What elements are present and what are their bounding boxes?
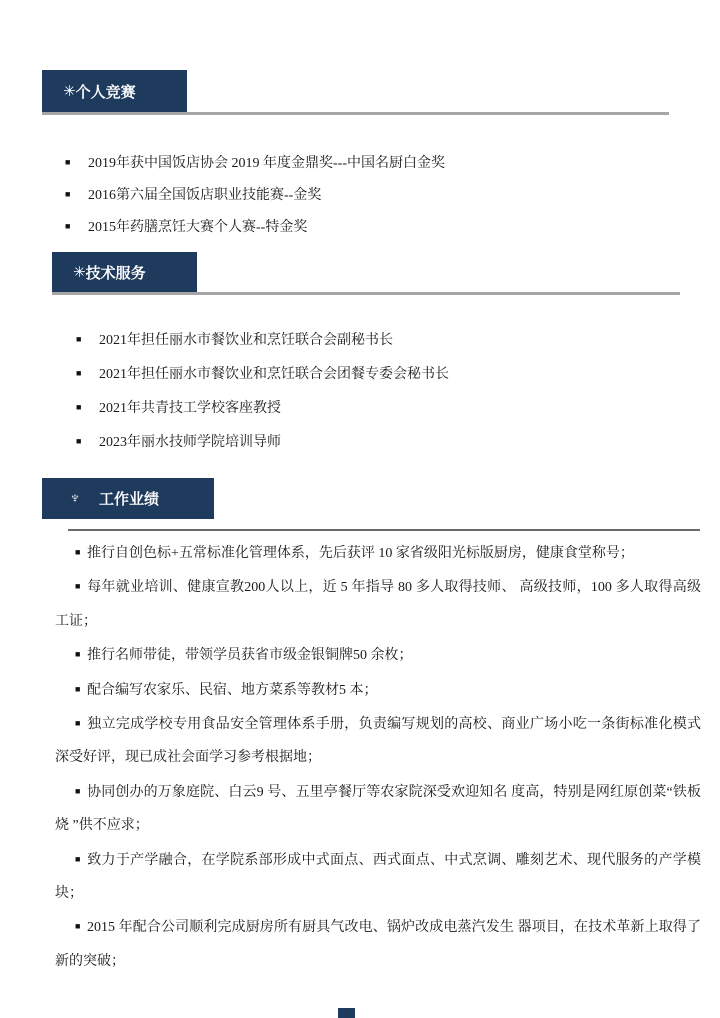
achievement-paragraph: ■2015 年配合公司顺利完成厨房所有厨具气改电、锅炉改成电蒸汽发生 器项目，在… [55,910,701,978]
section-divider-rule [52,292,680,295]
list-item-text: 2021年共青技工学校客座教授 [99,401,281,416]
bullet-square-icon: ■ [65,147,88,177]
list-item-text: 2016第六届全国饭店职业技能赛--金奖 [88,188,321,203]
bullet-square-icon: ■ [65,638,87,671]
bullet-square-icon: ■ [76,425,99,457]
achievement-paragraph: ■推行名师带徒，带领学员获省市级金银铜牌50 余枚； [55,638,701,672]
achievement-paragraph: ■协同创办的万象庭院、白云9 号、五里亭餐厅等农家院深受欢迎知名 度高，特别是网… [55,775,701,843]
achievement-paragraph: ■致力于产学融合，在学院系部形成中式面点、西式面点、中式烹调、雕刻艺术、现代服务… [55,843,701,911]
achievement-text: 推行自创色标+五常标准化管理体系，先后获评 10 家省级阳光标版厨房，健康食堂称… [87,546,634,561]
achievement-paragraph: ■推行自创色标+五常标准化管理体系，先后获评 10 家省级阳光标版厨房，健康食堂… [55,536,701,570]
trident-icon: ♆ [69,491,81,507]
document-page: ✳个人竞赛 ■2019年获中国饭店协会 2019 年度金鼎奖---中国名厨白金奖… [0,0,720,1018]
bullet-square-icon: ■ [65,707,87,740]
list-item: ■2023年丽水技师学院培训导师 [76,425,688,459]
next-page-header-sliver [338,1008,355,1018]
list-item: ■2019年获中国饭店协会 2019 年度金鼎奖---中国名厨白金奖 [65,147,677,179]
bullet-square-icon: ■ [65,570,87,603]
asterisk-icon: ✳ [63,84,76,99]
achievement-text: 每年就业培训、健康宣教200人以上，近 5 年指导 80 多人取得技师、 高级技… [55,580,701,628]
bullet-square-icon: ■ [65,910,87,943]
bullet-square-icon: ■ [65,775,87,808]
bullet-square-icon: ■ [65,211,88,241]
achievement-text: 2015 年配合公司顺利完成厨房所有厨具气改电、锅炉改成电蒸汽发生 器项目，在技… [55,920,701,968]
section-header-work-achievements: ♆工作业绩 [42,478,214,519]
section-divider-rule [42,112,669,115]
achievement-text: 推行名师带徒，带领学员获省市级金银铜牌50 余枚； [87,648,413,663]
list-item: ■2021年担任丽水市餐饮业和烹饪联合会副秘书长 [76,323,688,357]
list-item: ■2015年药膳烹饪大赛个人赛--特金奖 [65,211,677,243]
achievement-paragraph: ■独立完成学校专用食品安全管理体系手册，负责编写规划的高校、商业广场小吃一条街标… [55,707,701,775]
section-header-personal-competition: ✳个人竞赛 [42,70,187,112]
bullet-square-icon: ■ [76,357,99,389]
personal-competition-list: ■2019年获中国饭店协会 2019 年度金鼎奖---中国名厨白金奖 ■2016… [65,147,677,243]
asterisk-icon: ✳ [73,265,86,280]
achievement-paragraph: ■每年就业培训、健康宣教200人以上，近 5 年指导 80 多人取得技师、 高级… [55,570,701,638]
list-item: ■2021年担任丽水市餐饮业和烹饪联合会团餐专委会秘书长 [76,357,688,391]
list-item-text: 2019年获中国饭店协会 2019 年度金鼎奖---中国名厨白金奖 [88,156,445,171]
achievement-text: 致力于产学融合，在学院系部形成中式面点、西式面点、中式烹调、雕刻艺术、现代服务的… [55,853,701,901]
list-item-text: 2021年担任丽水市餐饮业和烹饪联合会副秘书长 [99,333,393,348]
bullet-square-icon: ■ [65,179,88,209]
section-title-work-achievements: 工作业绩 [99,488,159,509]
section-title-technical-service: 技术服务 [86,262,146,283]
bullet-square-icon: ■ [65,843,87,876]
achievement-text: 配合编写农家乐、民宿、地方菜系等教材5 本； [87,683,378,698]
list-item-text: 2015年药膳烹饪大赛个人赛--特金奖 [88,220,307,235]
bullet-square-icon: ■ [76,323,99,355]
section-divider-rule [68,529,700,531]
work-achievements-list: ■推行自创色标+五常标准化管理体系，先后获评 10 家省级阳光标版厨房，健康食堂… [55,536,701,978]
list-item-text: 2021年担任丽水市餐饮业和烹饪联合会团餐专委会秘书长 [99,367,449,382]
achievement-text: 独立完成学校专用食品安全管理体系手册，负责编写规划的高校、商业广场小吃一条街标准… [55,717,701,765]
achievement-paragraph: ■配合编写农家乐、民宿、地方菜系等教材5 本； [55,673,701,707]
list-item: ■2021年共青技工学校客座教授 [76,391,688,425]
section-title-personal-competition: 个人竞赛 [76,81,136,102]
list-item: ■2016第六届全国饭店职业技能赛--金奖 [65,179,677,211]
technical-service-list: ■2021年担任丽水市餐饮业和烹饪联合会副秘书长 ■2021年担任丽水市餐饮业和… [76,323,688,459]
bullet-square-icon: ■ [76,391,99,423]
bullet-square-icon: ■ [65,673,87,706]
section-header-technical-service: ✳技术服务 [52,252,197,292]
list-item-text: 2023年丽水技师学院培训导师 [99,435,281,450]
achievement-text: 协同创办的万象庭院、白云9 号、五里亭餐厅等农家院深受欢迎知名 度高，特别是网红… [55,785,701,833]
bullet-square-icon: ■ [65,536,87,569]
